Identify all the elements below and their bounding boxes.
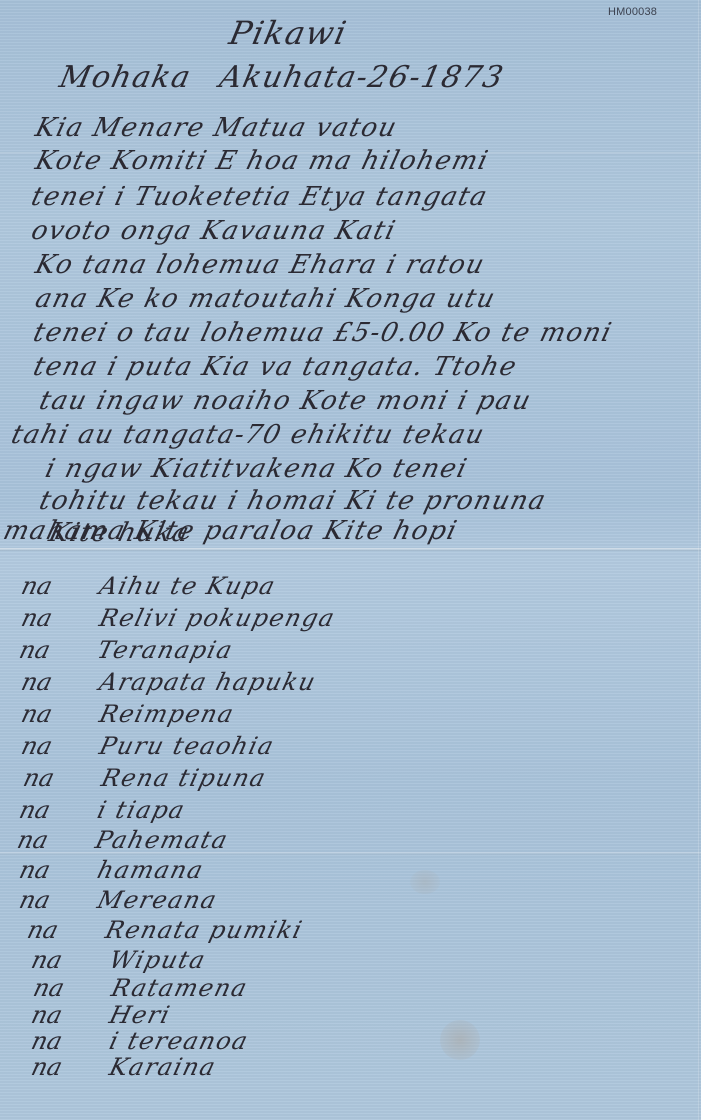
signatory-row: naRenata pumiki [25, 916, 307, 944]
paper-stain [440, 1020, 480, 1060]
signatory-name: i tiapa [95, 796, 189, 824]
signatory-prefix: na [29, 946, 114, 974]
signatory-name: Ratamena [109, 974, 252, 1002]
paper-edge [698, 0, 700, 1120]
signatory-prefix: na [21, 764, 106, 792]
signatory-row: nai tereanoa [29, 1027, 252, 1055]
body-line: ana Ke ko matoutahi Konga utu [32, 284, 499, 314]
signatory-prefix: na [29, 1001, 114, 1029]
body-line: tahi au tangata-70 ehikitu tekau [8, 420, 488, 450]
signatory-name: Relivi pokupenga [97, 604, 339, 632]
body-line: tau ingaw noaiho Kote moni i pau [36, 386, 535, 416]
body-line: Kote Komiti E hoa ma hilohemi [32, 146, 492, 176]
signatory-name: i tereanoa [107, 1027, 252, 1055]
signatory-name: Rena tipuna [99, 764, 270, 792]
body-line: tohitu tekau i homai Ki te pronuna [36, 486, 549, 516]
signatory-row: naHeri [29, 1001, 174, 1029]
signatory-name: Reimpena [97, 700, 238, 728]
signatory-row: naWiputa [29, 946, 210, 974]
signatory-row: naRena tipuna [21, 764, 270, 792]
signatory-prefix: na [15, 826, 100, 854]
signatory-prefix: na [19, 572, 104, 600]
body-line: Kia Menare Matua vatou [32, 113, 400, 143]
signatory-row: naArapata hapuku [19, 668, 320, 696]
body-line: tenei o tau lohemua £5-0.00 Ko te moni [30, 318, 615, 348]
signatory-prefix: na [29, 1053, 114, 1081]
signatory-row: naRelivi pokupenga [19, 604, 339, 632]
archive-reference: HM00038 [608, 6, 657, 18]
signatory-row: nahamana [17, 856, 208, 884]
signatory-prefix: na [17, 636, 102, 664]
signatory-prefix: na [19, 732, 104, 760]
signatory-prefix: na [19, 604, 104, 632]
body-line: Ko tana lohemua Ehara i ratou [32, 250, 488, 280]
paper-center-fold [0, 548, 701, 551]
body-line: Kite huka [46, 518, 194, 548]
signatory-name: Aihu te Kupa [97, 572, 280, 600]
handwritten-letter-page: HM00038 Pikawi Mohaka Akuhata-26-1873 Ki… [0, 0, 701, 1120]
signatory-row: naAihu te Kupa [19, 572, 280, 600]
signatory-prefix: na [17, 796, 102, 824]
signatory-name: hamana [95, 856, 208, 884]
body-line: ovoto onga Kavauna Kati [28, 216, 399, 246]
signatory-name: Mereana [95, 886, 221, 914]
signatory-name: Heri [107, 1001, 174, 1029]
signatory-name: Renata pumiki [103, 916, 307, 944]
signatory-row: naReimpena [19, 700, 238, 728]
signatory-row: naRatamena [31, 974, 252, 1002]
signatory-name: Pahemata [93, 826, 232, 854]
signatory-name: Teranapia [95, 636, 237, 664]
signatory-name: Karaina [107, 1053, 220, 1081]
signatory-prefix: na [19, 700, 104, 728]
paper-stain [410, 870, 440, 894]
signatory-row: naPuru teaohia [19, 732, 278, 760]
signatory-name: Puru teaohia [97, 732, 278, 760]
body-line: i ngaw Kiatitvakena Ko tenei [42, 454, 471, 484]
body-line: tena i puta Kia va tangata. Ttohe [30, 352, 520, 382]
signatory-name: Arapata hapuku [97, 668, 320, 696]
signatory-row: naKaraina [29, 1053, 220, 1081]
signatory-row: naTeranapia [17, 636, 237, 664]
signatory-name: Wiputa [107, 946, 210, 974]
signatory-prefix: na [19, 668, 104, 696]
letter-dateline: Mohaka Akuhata-26-1873 [56, 60, 507, 95]
signatory-row: naPahemata [15, 826, 232, 854]
signatory-prefix: na [29, 1027, 114, 1055]
signatory-row: nai tiapa [17, 796, 189, 824]
signatory-prefix: na [17, 886, 102, 914]
signatory-prefix: na [31, 974, 116, 1002]
signatory-prefix: na [17, 856, 102, 884]
letter-title: Pikawi [226, 14, 351, 52]
body-line: tenei i Tuoketetia Etya tangata [28, 182, 491, 212]
signatory-prefix: na [25, 916, 110, 944]
signatory-row: naMereana [17, 886, 221, 914]
